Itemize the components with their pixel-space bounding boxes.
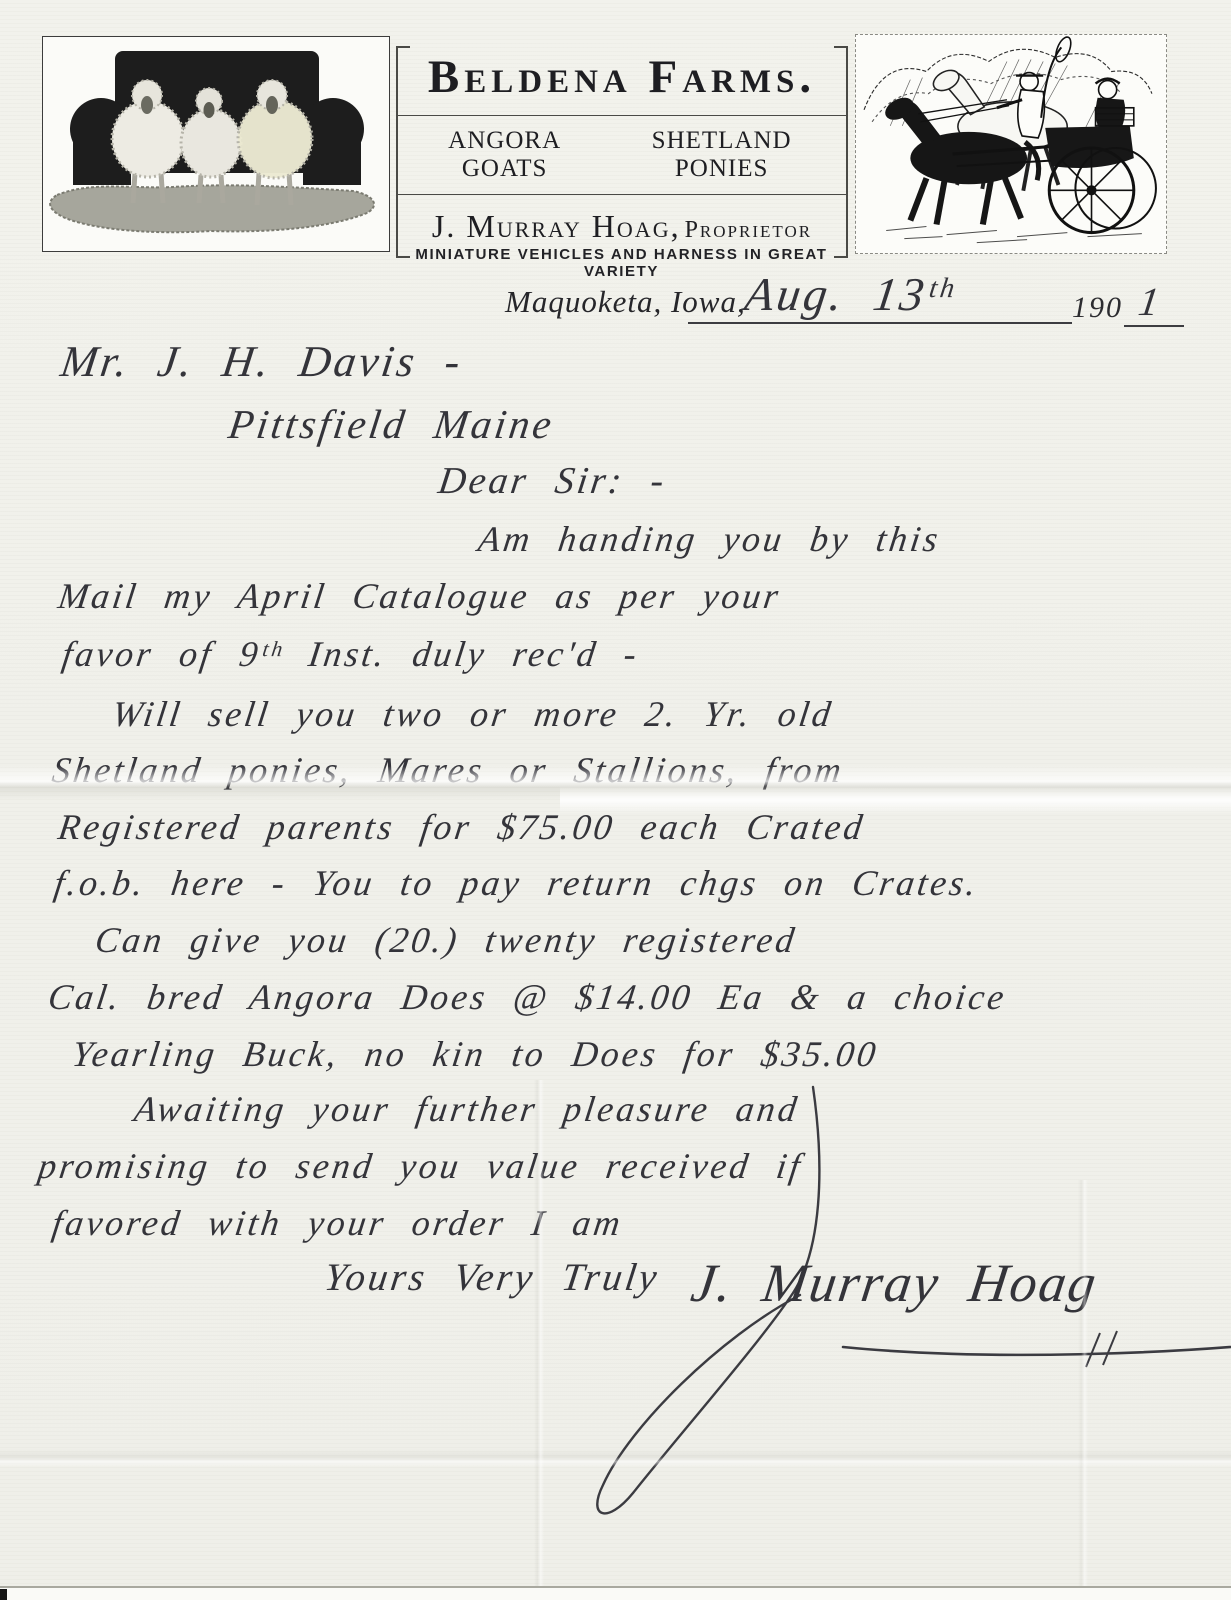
recipient-line: Mr. J. H. Davis - bbox=[58, 340, 466, 384]
printed-year-prefix: 190 bbox=[1072, 291, 1123, 325]
body-line: Am handing you by this bbox=[476, 521, 943, 557]
printed-place: Maquoketa, Iowa, bbox=[505, 284, 746, 320]
scanned-letter-page: Beldena Farms. Angora Goats Shetland Pon… bbox=[0, 0, 1231, 1600]
letterhead-left-rule bbox=[396, 46, 398, 258]
proprietor-name: J. Murray Hoag, bbox=[432, 208, 681, 244]
date-rule bbox=[688, 322, 1072, 324]
address-line: Pittsfield Maine bbox=[226, 404, 557, 445]
proprietor-title: Proprietor bbox=[685, 217, 813, 243]
products-line: Angora Goats Shetland Ponies bbox=[397, 127, 847, 182]
body-line: Shetland ponies, Mares or Stallions, fro… bbox=[50, 752, 846, 788]
salutation-line: Dear Sir: - bbox=[436, 462, 669, 500]
body-line: Will sell you two or more 2. Yr. old bbox=[110, 696, 836, 732]
products-left: Angora Goats bbox=[405, 127, 604, 182]
letterhead-right-rule bbox=[846, 46, 848, 258]
year-rule bbox=[1124, 325, 1184, 327]
scan-background-strip bbox=[0, 1588, 1231, 1600]
goats-photo-illustration bbox=[43, 37, 389, 251]
handwritten-date: Aug. 13ᵗʰ bbox=[742, 272, 957, 319]
body-line: Can give you (20.) twenty registered bbox=[93, 922, 799, 958]
body-line: Yearling Buck, no kin to Does for $35.00 bbox=[70, 1036, 881, 1072]
body-line: favor of 9ᵗʰ Inst. duly rec'd - bbox=[60, 636, 642, 672]
letterhead-rule bbox=[397, 194, 847, 195]
body-line: Cal. bred Angora Does @ $14.00 Ea & a ch… bbox=[46, 979, 1009, 1015]
carriage-engraving-illustration bbox=[856, 35, 1166, 253]
body-line: Registered parents for $75.00 each Crate… bbox=[56, 809, 867, 845]
scan-corner-notch bbox=[0, 1589, 7, 1600]
body-line: favored with your order I am bbox=[50, 1205, 625, 1241]
goats-photo bbox=[42, 36, 390, 252]
signature: J. Murray Hoag bbox=[688, 1256, 1101, 1310]
proprietor-line: J. Murray Hoag, Proprietor bbox=[397, 210, 847, 242]
farm-name: Beldena Farms. bbox=[397, 54, 847, 101]
products-right: Shetland Ponies bbox=[604, 127, 839, 182]
letterhead-rule bbox=[397, 115, 847, 116]
handwritten-year-digit: 1 bbox=[1136, 282, 1165, 322]
body-line: f.o.b. here - You to pay return chgs on … bbox=[52, 865, 981, 901]
carriage-engraving bbox=[855, 34, 1167, 254]
body-line: Mail my April Catalogue as per your bbox=[56, 578, 783, 614]
letterhead-center: Beldena Farms. Angora Goats Shetland Pon… bbox=[397, 46, 847, 242]
